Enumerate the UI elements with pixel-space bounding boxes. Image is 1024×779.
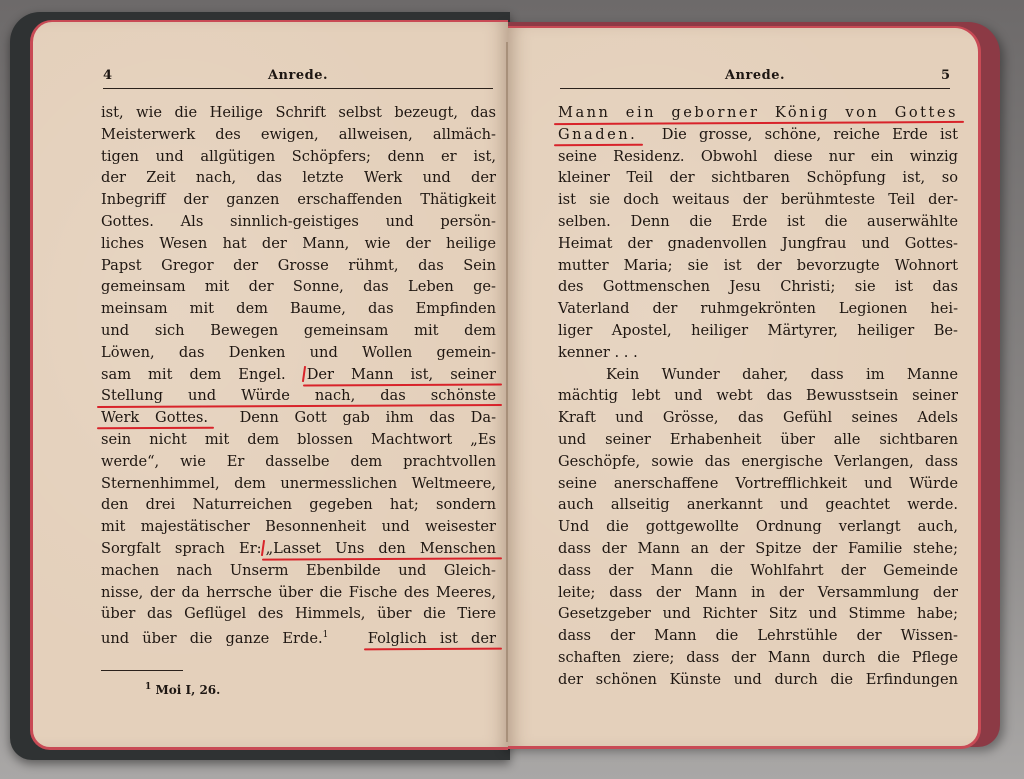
text-fragment: Sorgfalt sprach Er: [101, 540, 262, 557]
text-line: auch allseitig anerkannt und geachtet we… [558, 494, 958, 516]
text-line: kleiner Teil der sichtbaren Schöpfung is… [558, 167, 958, 189]
text-line: Löwen, das Denken und Wollen gemein- [101, 342, 496, 364]
text-line: Und die gottgewollte Ordnung verlangt au… [558, 516, 958, 538]
text-line: Inbegriff der ganzen erschaffenden Thäti… [101, 189, 496, 211]
text-line: tigen und allgütigen Schöpfers; denn er … [101, 146, 496, 168]
footnote-divider [101, 670, 183, 671]
text-line: sein nicht mit dem blossen Machtwort „Es [101, 429, 496, 451]
text-line: schaften ziere; dass der Mann durch die … [558, 647, 958, 669]
text-line: Sternenhimmel, dem unermesslichen Weltme… [101, 473, 496, 495]
footnote: 1 Moi I, 26. [145, 682, 220, 697]
text-line: der schönen Künste und durch die Erfindu… [558, 669, 958, 691]
text-line: Papst Gregor der Grosse rühmt, das Sein [101, 255, 496, 277]
text-line: Kraft und Grösse, das Gefühl seines Adel… [558, 407, 958, 429]
text-line: den drei Naturreichen gegeben hat; sonde… [101, 494, 496, 516]
text-line: Meisterwerk des ewigen, allweisen, allmä… [101, 124, 496, 146]
text-line: Vaterland der ruhmgekrönten Legionen hei… [558, 298, 958, 320]
text-line: nisse, der da herrsche über die Fische d… [101, 582, 496, 604]
text-line: und über die ganze Erde.1 Folglich ist d… [101, 625, 496, 647]
right-page-body: Mann ein geborner König von Gottes Gnade… [558, 102, 958, 691]
text-line: sam mit dem Engel. Der Mann ist, seiner [101, 364, 496, 386]
left-page-header: 4 Anrede. [103, 68, 493, 89]
right-page-header: Anrede. 5 [560, 68, 950, 89]
text-line: Gnaden. Die grosse, schöne, reiche Erde … [558, 124, 958, 146]
text-line: Gesetzgeber und Richter Sitz und Stimme … [558, 603, 958, 625]
text-fragment: sam mit dem Engel. [101, 366, 286, 383]
text-line: ist sie doch weitaus der berühmteste Tei… [558, 189, 958, 211]
right-page: Anrede. 5 Mann ein geborner König von Go… [508, 26, 981, 749]
open-book: 4 Anrede. ist, wie die Heilige Schrift s… [10, 12, 1010, 760]
red-underlined-text: Stellung und Würde nach, das schönste [101, 387, 496, 404]
text-line: meinsam mit dem Baume, das Empfinden [101, 298, 496, 320]
red-underlined-text: Gnaden. [558, 126, 637, 143]
text-line: gemeinsam mit der Sonne, das Leben ge- [101, 276, 496, 298]
text-line: leite; dass der Mann in der Versammlung … [558, 582, 958, 604]
text-line: selben. Denn die Erde ist die auserwählt… [558, 211, 958, 233]
text-line: kenner . . . [558, 342, 958, 364]
red-underlined-text: Werk Gottes. [101, 409, 208, 426]
text-line: der Zeit nach, das letzte Werk und der [101, 167, 496, 189]
running-head: Anrede. [103, 68, 493, 83]
footnote-text: Moi I, 26. [155, 683, 220, 697]
text-line: Sorgfalt sprach Er:„Lasset Uns den Mensc… [101, 538, 496, 560]
footnote-marker: 1 [145, 682, 151, 692]
text-line: ist, wie die Heilige Schrift selbst beze… [101, 102, 496, 124]
text-line: dass der Mann die Lehrstühle der Wissen- [558, 625, 958, 647]
text-line: Geschöpfe, sowie das energische Verlange… [558, 451, 958, 473]
text-line: Gottes. Als sinnlich-geistiges und persö… [101, 211, 496, 233]
left-page: 4 Anrede. ist, wie die Heilige Schrift s… [30, 20, 508, 750]
red-underlined-text: Mann ein geborner König von Gottes [558, 104, 958, 121]
text-line: mit majestätischer Besonnenheit und weis… [101, 516, 496, 538]
text-fragment: und über die ganze Erde. [101, 630, 323, 647]
page-number: 5 [941, 68, 950, 83]
red-underlined-text: Der Mann ist, seiner [307, 366, 496, 383]
text-line: Werk Gottes. Denn Gott gab ihm das Da- [101, 407, 496, 429]
text-line: dass der Mann die Wohlfahrt der Gemeinde [558, 560, 958, 582]
text-line: des Gottmenschen Jesu Christi; sie ist d… [558, 276, 958, 298]
text-line: mächtig lebt und webt das Bewusstsein se… [558, 385, 958, 407]
text-line: Kein Wunder daher, dass im Manne [558, 364, 958, 386]
text-line: und seiner Erhabenheit über alle sichtba… [558, 429, 958, 451]
text-line: über das Geflügel des Himmels, über die … [101, 603, 496, 625]
text-line: Stellung und Würde nach, das schönste [101, 385, 496, 407]
text-line: seine anerschaffene Vortrefflichkeit und… [558, 473, 958, 495]
text-line: werde“, wie Er dasselbe dem prachtvollen [101, 451, 496, 473]
text-line: seine Residenz. Obwohl diese nur ein win… [558, 146, 958, 168]
text-fragment: Denn Gott gab ihm das Da- [240, 409, 496, 426]
running-head: Anrede. [560, 68, 950, 83]
red-underlined-text: „Lasset Uns den Menschen [266, 540, 496, 557]
text-line: und sich Bewegen gemeinsam mit dem [101, 320, 496, 342]
text-line: dass der Mann an der Spitze der Familie … [558, 538, 958, 560]
text-line: Heimat der gnadenvollen Jungfrau und Got… [558, 233, 958, 255]
text-line: Mann ein geborner König von Gottes [558, 102, 958, 124]
text-line: mutter Maria; sie ist der bevorzugte Woh… [558, 255, 958, 277]
text-fragment: Die grosse, schöne, reiche Erde ist [662, 126, 958, 143]
footnote-marker: 1 [323, 630, 329, 640]
text-line: liches Wesen hat der Mann, wie der heili… [101, 233, 496, 255]
left-page-body: ist, wie die Heilige Schrift selbst beze… [101, 102, 496, 647]
text-line: machen nach Unserm Ebenbilde und Gleich- [101, 560, 496, 582]
text-line: liger Apostel, heiliger Märtyrer, heilig… [558, 320, 958, 342]
red-pen-bracket [302, 366, 306, 382]
red-underlined-text: Folglich ist der [368, 630, 496, 647]
